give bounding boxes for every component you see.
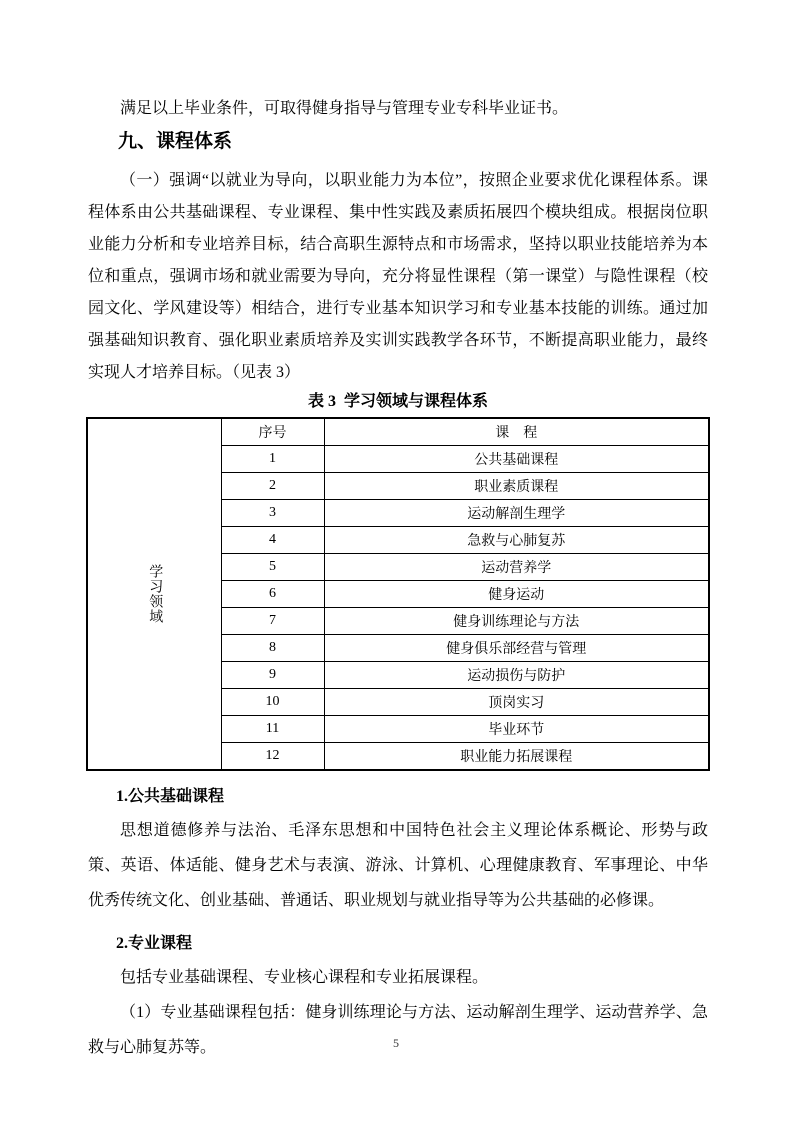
learning-domain-cell: 学习领域 [87,418,221,770]
course-cell: 运动解剖生理学 [324,500,709,527]
curriculum-table: 学习领域 序号 课 程 1 公共基础课程 2 职业素质课程 3 运动解剖生理学 … [86,417,710,771]
page-number: 5 [0,1036,792,1051]
seq-cell: 9 [221,662,324,689]
seq-cell: 8 [221,635,324,662]
seq-cell: 7 [221,608,324,635]
seq-cell: 2 [221,473,324,500]
intro-paragraph: 满足以上毕业条件，可取得健身指导与管理专业专科毕业证书。 [88,97,708,121]
sub-heading-major-courses: 2.专业课程 [88,932,708,956]
course-cell: 职业素质课程 [324,473,709,500]
public-courses-paragraph: 思想道德修养与法治、毛泽东思想和中国特色社会主义理论体系概论、形势与政策、英语、… [88,813,708,918]
seq-cell: 1 [221,446,324,473]
seq-cell: 10 [221,689,324,716]
course-cell: 急救与心肺复苏 [324,527,709,554]
seq-cell: 3 [221,500,324,527]
course-cell: 运动损伤与防护 [324,662,709,689]
major-basic-courses-paragraph: （1）专业基础课程包括：健身训练理论与方法、运动解剖生理学、运动营养学、急救与心… [88,995,708,1065]
course-cell: 顶岗实习 [324,689,709,716]
seq-cell: 6 [221,581,324,608]
table-header-row: 学习领域 序号 课 程 [87,418,709,446]
document-page: 满足以上毕业条件，可取得健身指导与管理专业专科毕业证书。 九、课程体系 （一）强… [0,0,792,1121]
table-caption: 表 3 学习领域与课程体系 [88,391,708,413]
sub-heading-public-courses: 1.公共基础课程 [88,785,708,809]
column-header-seq: 序号 [221,418,324,446]
column-header-course: 课 程 [324,418,709,446]
course-cell: 健身训练理论与方法 [324,608,709,635]
course-cell: 毕业环节 [324,716,709,743]
section-heading: 九、课程体系 [88,129,708,155]
course-cell: 健身运动 [324,581,709,608]
seq-cell: 5 [221,554,324,581]
course-cell: 职业能力拓展课程 [324,743,709,771]
body-paragraph: （一）强调“以就业为导向，以职业能力为本位”，按照企业要求优化课程体系。课程体系… [88,165,708,389]
seq-cell: 4 [221,527,324,554]
course-cell: 公共基础课程 [324,446,709,473]
seq-cell: 12 [221,743,324,771]
course-cell: 健身俱乐部经营与管理 [324,635,709,662]
seq-cell: 11 [221,716,324,743]
major-courses-summary: 包括专业基础课程、专业核心课程和专业拓展课程。 [88,960,708,995]
course-cell: 运动营养学 [324,554,709,581]
